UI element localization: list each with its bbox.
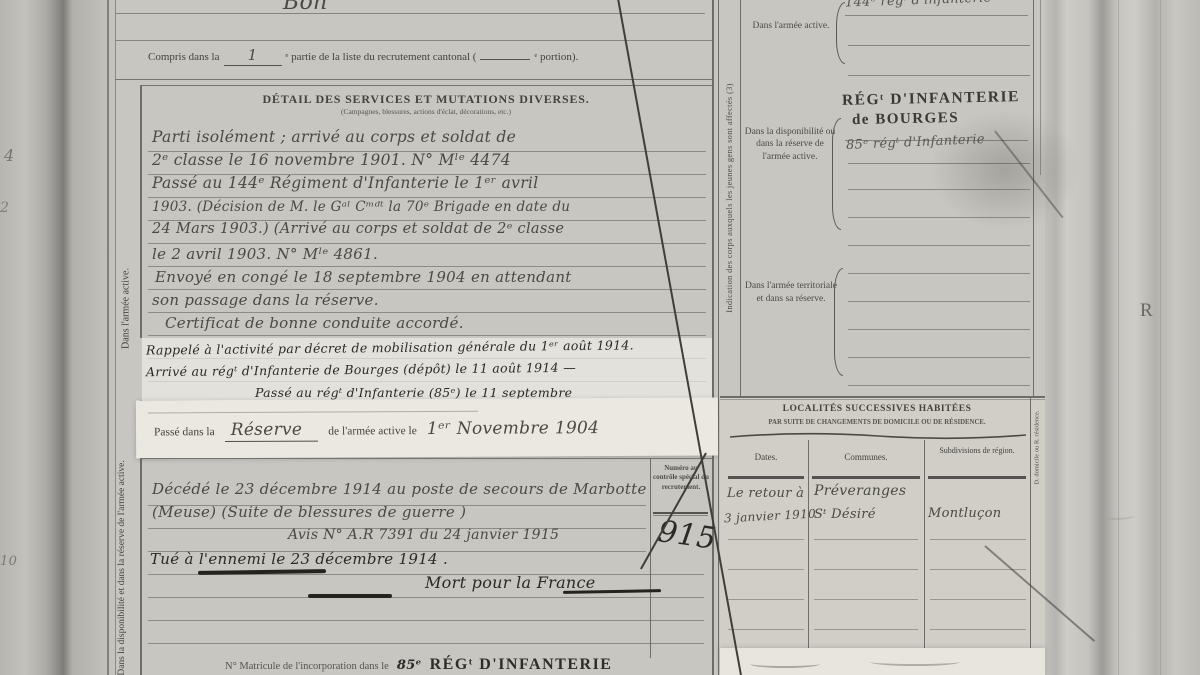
edge-faint-mark: [1095, 510, 1135, 520]
corps-active-label: Dans l'armée active.: [745, 20, 837, 33]
reserve-value: Réserve: [225, 420, 319, 442]
rule: [812, 476, 920, 479]
margin-label-armee-active: Dans l'armée active.: [121, 224, 132, 394]
rule: [718, 0, 719, 675]
service-entry: le 2 avril 1903. N° Mˡᵉ 4861.: [152, 245, 378, 263]
death-line: Décédé le 23 décembre 1914 au poste de s…: [152, 480, 647, 498]
ruled-area: [814, 510, 918, 635]
faint-scribble: [750, 660, 820, 668]
rule: [928, 476, 1026, 479]
rule: [924, 440, 925, 675]
rule: [115, 79, 712, 80]
rule: [115, 13, 705, 14]
page-left-edge: [0, 0, 115, 675]
fold-line: [107, 0, 109, 675]
reserve-prefix: Passé dans la: [154, 426, 215, 438]
compris-value: 1: [248, 46, 258, 64]
military-register-page: R 4 2 10 Dans l'armée active. Dans la di…: [0, 0, 1200, 675]
corps-active-handwriting: 144ᵉ régᵗ d'infanterie: [845, 0, 992, 11]
rule: [115, 40, 712, 41]
wavy-divider: [728, 430, 1028, 440]
death-line: Avis N° A.R 7391 du 24 janvier 1915: [288, 527, 559, 543]
top-note: Bon: [283, 0, 327, 15]
incorporation-line: N° Matricule de l'incorporation dans le …: [225, 656, 612, 675]
death-line: (Meuse) (Suite de blessures de guerre ): [152, 503, 466, 521]
service-entry: son passage dans la réserve.: [152, 291, 379, 309]
corps-vertical-label: Indication des corps auxquels les jeunes…: [724, 3, 734, 393]
rule: [720, 396, 1045, 398]
services-title: DÉTAIL DES SERVICES ET MUTATIONS DIVERSE…: [140, 92, 712, 107]
reserve-slip: Passé dans la Réserve de l'armée active …: [136, 397, 718, 458]
localites-title: LOCALITÉS SUCCESSIVES HABITÉES: [722, 404, 1032, 414]
rule: [720, 399, 1045, 400]
page-stack-line: [1160, 0, 1161, 675]
localites-col-dates: Dates.: [728, 452, 804, 462]
rule: [140, 458, 712, 459]
brace: [832, 118, 841, 230]
service-entry: Envoyé en congé le 18 septembre 1904 en …: [155, 268, 572, 286]
edge-letter-r: R: [1140, 300, 1153, 322]
brace: [834, 268, 843, 376]
incorporation-unit: 85ᵉ: [397, 658, 422, 673]
localites-row-commune: Préveranges: [814, 483, 906, 499]
numero-controle-label: Numéro au contrôle spécial du recrutemen…: [652, 464, 710, 492]
reserve-middle: de l'armée active le: [328, 425, 417, 437]
margin-label-disponibilite: Dans la disponibilité et dans la réserve…: [117, 453, 129, 675]
pen-dash: [308, 594, 392, 598]
corps-dispo-label: Dans la disponibilité ou dans la réserve…: [743, 126, 837, 163]
rule: [808, 440, 809, 675]
rule: [848, 45, 1030, 46]
incorporation-printed: N° Matricule de l'incorporation dans le: [225, 661, 389, 672]
compris-blank: 1: [224, 46, 282, 66]
brace: [836, 2, 845, 64]
localites-col-communes: Communes.: [812, 452, 920, 462]
faint-scribble: [870, 658, 960, 666]
service-entry: 2ᵉ classe le 16 novembre 1901. N° Mˡᵉ 44…: [152, 151, 511, 169]
service-entry: 1903. (Décision de M. le Gᵃˡ Cᵐᵈᵗ la 70ᵉ…: [152, 199, 570, 215]
margin-note: 2: [0, 200, 9, 216]
margin-note: 10: [0, 554, 17, 569]
service-entry: Parti isolément ; arrivé au corps et sol…: [152, 128, 516, 146]
compris-prefix: Compris dans la: [148, 51, 220, 63]
localites-col-subdivisions: Subdivisions de région.: [928, 446, 1026, 456]
compris-suffix: ᵉ portion).: [534, 51, 578, 63]
rule: [650, 458, 651, 658]
service-entry: Certificat de bonne conduite accordé.: [165, 314, 464, 332]
death-line: Mort pour la France: [425, 573, 596, 592]
rule: [740, 0, 741, 396]
rule: [140, 85, 712, 86]
compris-line: Compris dans la 1 ᵉ partie de la liste d…: [148, 46, 578, 66]
localites-side-label: D. domicile ou R. résidence.: [1034, 393, 1041, 503]
rule: [728, 476, 804, 479]
ruled-area: [930, 510, 1026, 635]
ruled-area: [728, 510, 804, 635]
service-entry: Passé au 144ᵉ Régiment d'Infanterie le 1…: [152, 174, 538, 192]
service-entry: 24 Mars 1903.) (Arrivé au corps et solda…: [152, 221, 564, 237]
reserve-line: Passé dans la Réserve de l'armée active …: [154, 418, 599, 444]
localites-row-date: Le retour à: [727, 486, 804, 501]
rule: [115, 0, 116, 675]
margin-note: 4: [4, 146, 14, 165]
death-line: Tué à l'ennemi le 23 décembre 1914 .: [150, 550, 448, 568]
rule: [845, 15, 1028, 16]
incorporation-stamp: RÉGᵗ D'INFANTERIE: [430, 656, 613, 674]
page-stack-line: [1118, 0, 1119, 675]
rule: [712, 0, 714, 675]
services-subtitle: (Campagnes, blessures, actions d'éclat, …: [140, 107, 712, 116]
bourges-stamp-line2: de BOURGES: [852, 110, 959, 129]
paper-patch: [720, 648, 1045, 675]
numero-controle-value: 915: [656, 514, 718, 557]
rule: [1030, 396, 1031, 675]
compris-middle: ᵉ partie de la liste du recrutement cant…: [286, 51, 477, 63]
rule: [848, 75, 1030, 76]
rule: [148, 411, 478, 414]
localites-subtitle: PAR SUITE DE CHANGEMENTS DE DOMICILE OU …: [722, 419, 1032, 426]
compris-blank-2: [480, 59, 530, 60]
corps-territoriale-label: Dans l'armée territoriale et dans sa rés…: [745, 280, 837, 306]
reserve-date: 1ᵉʳ Novembre 1904: [427, 418, 600, 439]
page-right-edge: R: [1045, 0, 1200, 675]
bourges-stamp-line1: RÉGᵗ D'INFANTERIE: [842, 88, 1020, 110]
